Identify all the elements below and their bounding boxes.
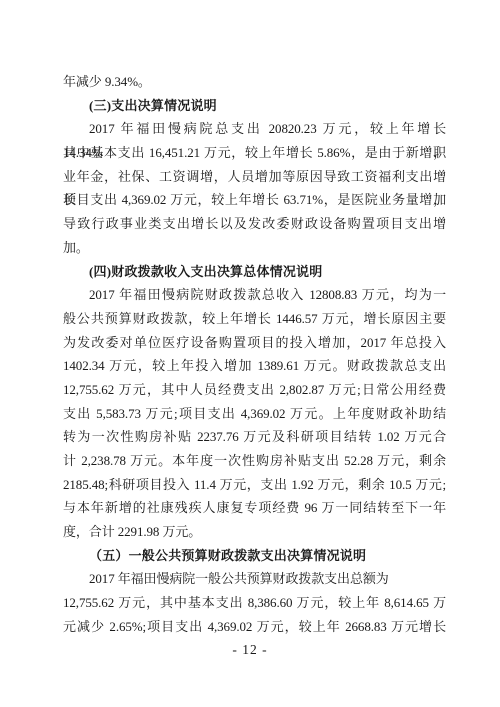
section-heading: (三)支出决算情况说明: [63, 94, 446, 118]
text-line: 2017 年福田慢病院财政拨款总收入 12808.83 万元，均为一: [63, 283, 446, 307]
text-line: 1402.34 万元，较上年投入增加 1389.61 万元。财政拨款总支出: [63, 354, 446, 378]
text-line: 其中基本支出 16,451.21 万元，较上年增长 5.86%，是由于新增职: [63, 141, 446, 165]
text-line: 元减少 2.65%;项目支出 4,369.02 万元，较上年 2668.83 万…: [63, 615, 446, 639]
text-line: 业年金，社保、工资调增，人员增加等原因导致工资福利支出增长，: [63, 165, 446, 189]
text-line: 年减少 9.34%。: [63, 70, 446, 94]
section-heading: （五）一般公共预算财政拨款支出决算情况说明: [63, 544, 446, 568]
text-line: 12,755.62 万元，其中基本支出 8,386.60 万元，较上年 8,61…: [63, 591, 446, 615]
text-line: 项目支出 4,369.02 万元，较上年增长 63.71%，是医院业务量增加: [63, 188, 446, 212]
text-line: 为发改委对单位医疗设备购置项目的投入增加，2017 年总投入: [63, 331, 446, 355]
text-line: 2185.48;科研项目投入 11.4 万元，支出 1.92 万元，剩余 10.…: [63, 473, 446, 497]
text-line: 转为一次性购房补贴 2237.76 万元及科研项目结转 1.02 万元合: [63, 425, 446, 449]
text-line: 度，合计 2291.98 万元。: [63, 520, 446, 544]
text-line: 般公共预算财政拨款，较上年增长 1446.57 万元，增长原因主要: [63, 307, 446, 331]
page-number: - 12 -: [0, 642, 500, 658]
section-heading: (四)财政拨款收入支出决算总体情况说明: [63, 260, 446, 284]
text-line: 导致行政事业类支出增长以及发改委财政设备购置项目支出增: [63, 212, 446, 236]
document-page: 年减少 9.34%。(三)支出决算情况说明2017 年福田慢病院总支出 2082…: [0, 0, 500, 707]
text-line: 加。: [63, 236, 446, 260]
text-line: 与本年新增的社康残疾人康复专项经费 96 万一同结转至下一年: [63, 496, 446, 520]
text-line: 2017 年福田慢病院一般公共预算财政拨款支出总额为: [63, 567, 446, 591]
text-line: 计 2,238.78 万元。本年度一次性购房补贴支出 52.28 万元，剩余: [63, 449, 446, 473]
text-line: 2017 年福田慢病院总支出 20820.23 万元，较上年增长 14.34%，: [63, 117, 446, 141]
text-line: 支出 5,583.73 万元;项目支出 4,369.02 万元。上年度财政补助结: [63, 402, 446, 426]
document-text-block: 年减少 9.34%。(三)支出决算情况说明2017 年福田慢病院总支出 2082…: [63, 70, 446, 639]
text-line: 12,755.62 万元，其中人员经费支出 2,802.87 万元;日常公用经费: [63, 378, 446, 402]
